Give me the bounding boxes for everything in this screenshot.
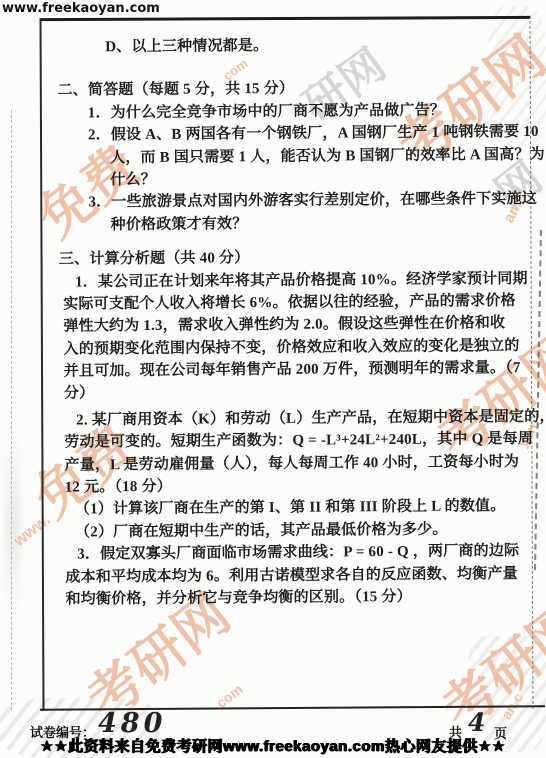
- q2-2-line-1: 2．假设 A、B 两国各有一个钢铁厂，A 国钢厂生产 1 吨钢铁需要 10: [44, 121, 522, 147]
- q3-2-subquestion-1: （1）计算该厂商在生产的第 I、第 II 和第 III 阶段上 L 的数值。: [47, 495, 525, 521]
- q2-2-line-2: 人，而 B 国只需要 1 人，能否认为 B 国钢厂的效率比 A 国高？为: [44, 144, 522, 170]
- page-fold-line-right: [534, 230, 542, 570]
- total-pages-number: 4: [468, 708, 485, 737]
- q3-2-line-3: 产量，L 是劳动雇佣量（人），每人每周工作 40 小时，工资每小时为: [46, 451, 524, 477]
- scan-noise-mid-left: [0, 430, 26, 620]
- q3-3-line-3: 和均衡价格，并分析它与竞争均衡的区别。（15 分）: [47, 585, 525, 611]
- q3-3-line-1: 3．假定双寡头厂商面临市场需求曲线：P = 60 - Q ，两厂商的边际: [47, 540, 525, 566]
- page-fold-line-left: [11, 110, 12, 710]
- q3-2-line-2: 劳动是可变的。短期生产函数为：Q = -L³+24L²+240L，其中 Q 是每…: [46, 428, 524, 454]
- q3-3-line-2: 成本和平均成本均为 6。利用古诺模型求各自的反应函数、均衡产量: [47, 563, 525, 589]
- exam-content: D、以上三种情况都是。 二、简答题（每题 5 分，共 15 分） 1．为什么完全…: [43, 17, 526, 611]
- q2-3-line-1: 3．一些旅游景点对国内外游客实行差别定价，在哪些条件下实施这: [44, 188, 522, 214]
- source-banner: ★★此资料来自免费考研网www.freekaoyan.com热心网友提供★★: [0, 735, 546, 756]
- site-url-header: www.freekaoyan.com: [2, 1, 160, 16]
- q3-1-line-3: 弹性大约为 1.3，需求收入弹性约为 2.0。假设这些弹性在价格和收: [45, 312, 523, 338]
- q3-1-line-5: 并且可加。现在公司每年销售产品 200 万件，预测明年的需求量。（7: [46, 357, 524, 383]
